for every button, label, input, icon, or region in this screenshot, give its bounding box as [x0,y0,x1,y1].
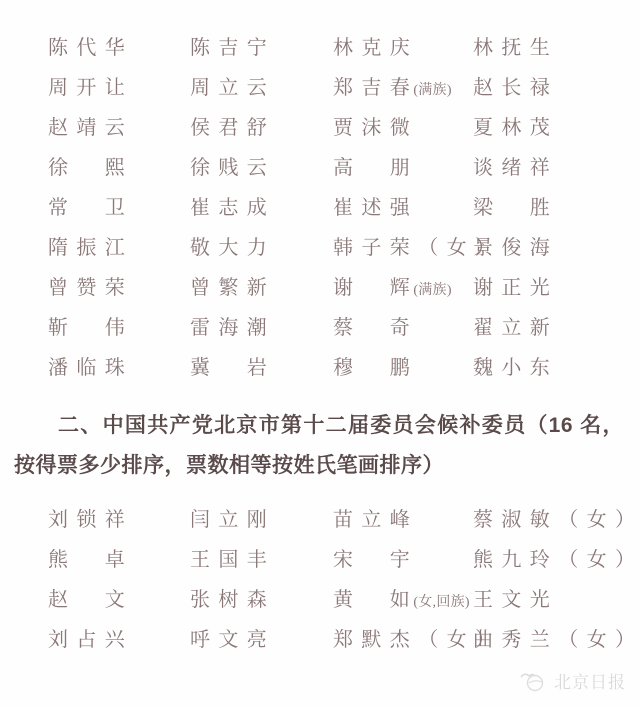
member-name: 熊九玲（女） [473,550,640,570]
member-row: 刘锁祥闫立刚苗立峰蔡淑敏（女） [48,500,630,540]
member-name: 谈绪祥 [473,158,630,178]
member-name: 贾沫微 [333,118,473,138]
member-name: 常 卫 [48,198,190,218]
member-name: 韩子荣（女） [333,238,473,258]
member-name: 郑默杰（女） [333,630,473,650]
member-name: 曾繁新 [190,278,333,298]
member-name: 陈吉宁 [190,38,333,58]
member-name: 徐 熙 [48,158,190,178]
member-name: 敬大力 [190,238,333,258]
member-name: 崔志成 [190,198,333,218]
member-name: 夏林茂 [473,118,630,138]
member-name: 曲秀兰（女） [473,630,640,650]
member-name: 林抚生 [473,38,630,58]
member-name: 靳 伟 [48,318,190,338]
member-row: 曾赞荣曾繁新谢 辉(满族)谢正光 [48,268,630,308]
beijing-daily-logo-icon [519,670,549,692]
member-name: 黄 如(女,回族) [333,590,473,610]
member-row: 徐 熙徐贱云高 朋谈绪祥 [48,148,630,188]
member-name: 穆 鹏 [333,358,473,378]
member-name: 刘锁祥 [48,510,190,530]
document-page: 陈代华陈吉宁林克庆林抚生周开让周立云郑吉春(满族)赵长禄赵靖云侯君舒贾沫微夏林茂… [0,0,640,707]
member-name: 潘临珠 [48,358,190,378]
member-row: 周开让周立云郑吉春(满族)赵长禄 [48,68,630,108]
member-name: 蔡 奇 [333,318,473,338]
member-row: 刘占兴呼文亮郑默杰（女）曲秀兰（女） [48,620,630,660]
member-name: 梁 胜 [473,198,630,218]
member-name: 崔述强 [333,198,473,218]
member-name: 徐贱云 [190,158,333,178]
full-members-grid: 陈代华陈吉宁林克庆林抚生周开让周立云郑吉春(满族)赵长禄赵靖云侯君舒贾沫微夏林茂… [0,0,640,388]
member-name: 翟立新 [473,318,630,338]
member-name: 王国丰 [190,550,333,570]
member-name: 张树森 [190,590,333,610]
member-name: 宋 宇 [333,550,473,570]
member-name: 周立云 [190,78,333,98]
member-row: 潘临珠冀 岩穆 鹏魏小东 [48,348,630,388]
member-name: 闫立刚 [190,510,333,530]
member-name: 呼文亮 [190,630,333,650]
watermark: 北京日报 [519,668,626,693]
member-name: 周开让 [48,78,190,98]
member-row: 陈代华陈吉宁林克庆林抚生 [48,28,630,68]
member-name: 熊 卓 [48,550,190,570]
member-name: 曾赞荣 [48,278,190,298]
member-name: 王文光 [473,590,630,610]
member-name: 高 朋 [333,158,473,178]
member-row: 赵 文张树森黄 如(女,回族)王文光 [48,580,630,620]
member-name: 冀 岩 [190,358,333,378]
member-row: 隋振江敬大力韩子荣（女）景俊海 [48,228,630,268]
member-name: 苗立峰 [333,510,473,530]
member-name: 谢正光 [473,278,630,298]
member-name: 陈代华 [48,38,190,58]
member-name: 雷海潮 [190,318,333,338]
member-name: 景俊海 [473,238,630,258]
member-ethnicity-tag: (满族) [413,283,451,298]
member-ethnicity-tag: (女,回族) [413,595,470,610]
alternate-members-heading: 二、中国共产党北京市第十二届委员会候补委员（16 名，按得票多少排序，票数相等按… [0,406,640,486]
member-row: 靳 伟雷海潮蔡 奇翟立新 [48,308,630,348]
alternate-members-grid: 刘锁祥闫立刚苗立峰蔡淑敏（女）熊 卓王国丰宋 宇熊九玲（女）赵 文张树森黄 如(… [0,488,640,660]
member-name: 隋振江 [48,238,190,258]
member-name: 郑吉春(满族) [333,78,473,98]
member-name: 魏小东 [473,358,630,378]
member-name: 刘占兴 [48,630,190,650]
member-row: 赵靖云侯君舒贾沫微夏林茂 [48,108,630,148]
member-name: 赵靖云 [48,118,190,138]
member-name: 蔡淑敏（女） [473,510,640,530]
member-row: 常 卫崔志成崔述强梁 胜 [48,188,630,228]
watermark-label: 北京日报 [554,668,626,693]
member-name: 侯君舒 [190,118,333,138]
member-name: 赵长禄 [473,78,630,98]
member-name: 赵 文 [48,590,190,610]
member-name: 谢 辉(满族) [333,278,473,298]
member-row: 熊 卓王国丰宋 宇熊九玲（女） [48,540,630,580]
member-name: 林克庆 [333,38,473,58]
member-ethnicity-tag: (满族) [413,83,451,98]
